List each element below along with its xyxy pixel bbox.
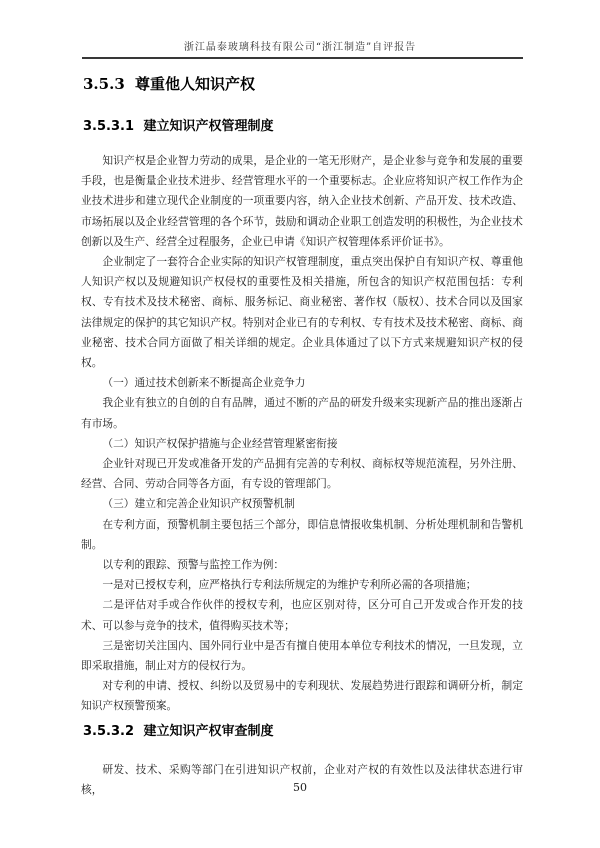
body-paragraph: 对专利的申请、授权、纠纷以及贸易中的专利现状、发展趋势进行跟踪和调研分析，制定知… xyxy=(81,676,523,716)
section-number: 3.5.3 xyxy=(83,75,125,93)
section-title: 尊重他人知识产权 xyxy=(135,75,255,93)
body-paragraph: 我企业有独立的自创的自有品牌，通过不断的产品的研发升级来实现新产品的推出逐渐占有… xyxy=(81,393,523,433)
section-number: 3.5.3.2 xyxy=(83,724,134,739)
body-paragraph: 企业针对现已开发或准备开发的产品拥有完善的专利权、商标权等规范流程，另外注册、经… xyxy=(81,454,523,494)
section-3531-body: 知识产权是企业智力劳动的成果，是企业的一笔无形财产，是企业参与竞争和发展的重要手… xyxy=(81,151,523,717)
section-number: 3.5.3.1 xyxy=(83,119,134,134)
body-paragraph: 在专利方面，预警机制主要包括三个部分，即信息情报收集机制、分析处理机制和告警机制… xyxy=(81,515,523,555)
page-header: 浙江晶泰玻璃科技有限公司“浙江制造”自评报告 xyxy=(0,38,600,53)
section-heading-353: 3.5.3 尊重他人知识产权 xyxy=(83,73,255,94)
header-divider xyxy=(82,57,523,59)
body-paragraph: 以专利的跟踪、预警与监控工作为例： xyxy=(81,555,523,575)
list-item-heading: （一）通过技术创新来不断提高企业竞争力 xyxy=(81,373,523,393)
body-paragraph: 二是评估对手或合作伙伴的授权专利，也应区别对待，区分可自己开发或合作开发的技术、… xyxy=(81,595,523,635)
body-paragraph: 三是密切关注国内、国外同行业中是否有擅自使用本单位专利技术的情况，一旦发现，立即… xyxy=(81,636,523,676)
header-title: 浙江晶泰玻璃科技有限公司“浙江制造”自评报告 xyxy=(184,42,416,53)
section-title: 建立知识产权审查制度 xyxy=(144,724,274,739)
section-title: 建立知识产权管理制度 xyxy=(144,119,274,134)
list-item-heading: （二）知识产权保护措施与企业经营管理紧密衔接 xyxy=(81,434,523,454)
body-paragraph: 一是对已授权专利，应严格执行专利法所规定的为维护专利所必需的各项措施； xyxy=(81,575,523,595)
document-page: 浙江晶泰玻璃科技有限公司“浙江制造”自评报告 3.5.3 尊重他人知识产权 3.… xyxy=(0,0,600,848)
body-paragraph: 企业制定了一套符合企业实际的知识产权管理制度，重点突出保护自有知识产权、尊重他人… xyxy=(81,252,523,373)
list-item-heading: （三）建立和完善企业知识产权预警机制 xyxy=(81,494,523,514)
section-heading-3531: 3.5.3.1 建立知识产权管理制度 xyxy=(83,115,274,134)
body-paragraph: 知识产权是企业智力劳动的成果，是企业的一笔无形财产，是企业参与竞争和发展的重要手… xyxy=(81,151,523,252)
section-heading-3532: 3.5.3.2 建立知识产权审查制度 xyxy=(83,720,274,739)
page-number: 50 xyxy=(0,781,600,794)
